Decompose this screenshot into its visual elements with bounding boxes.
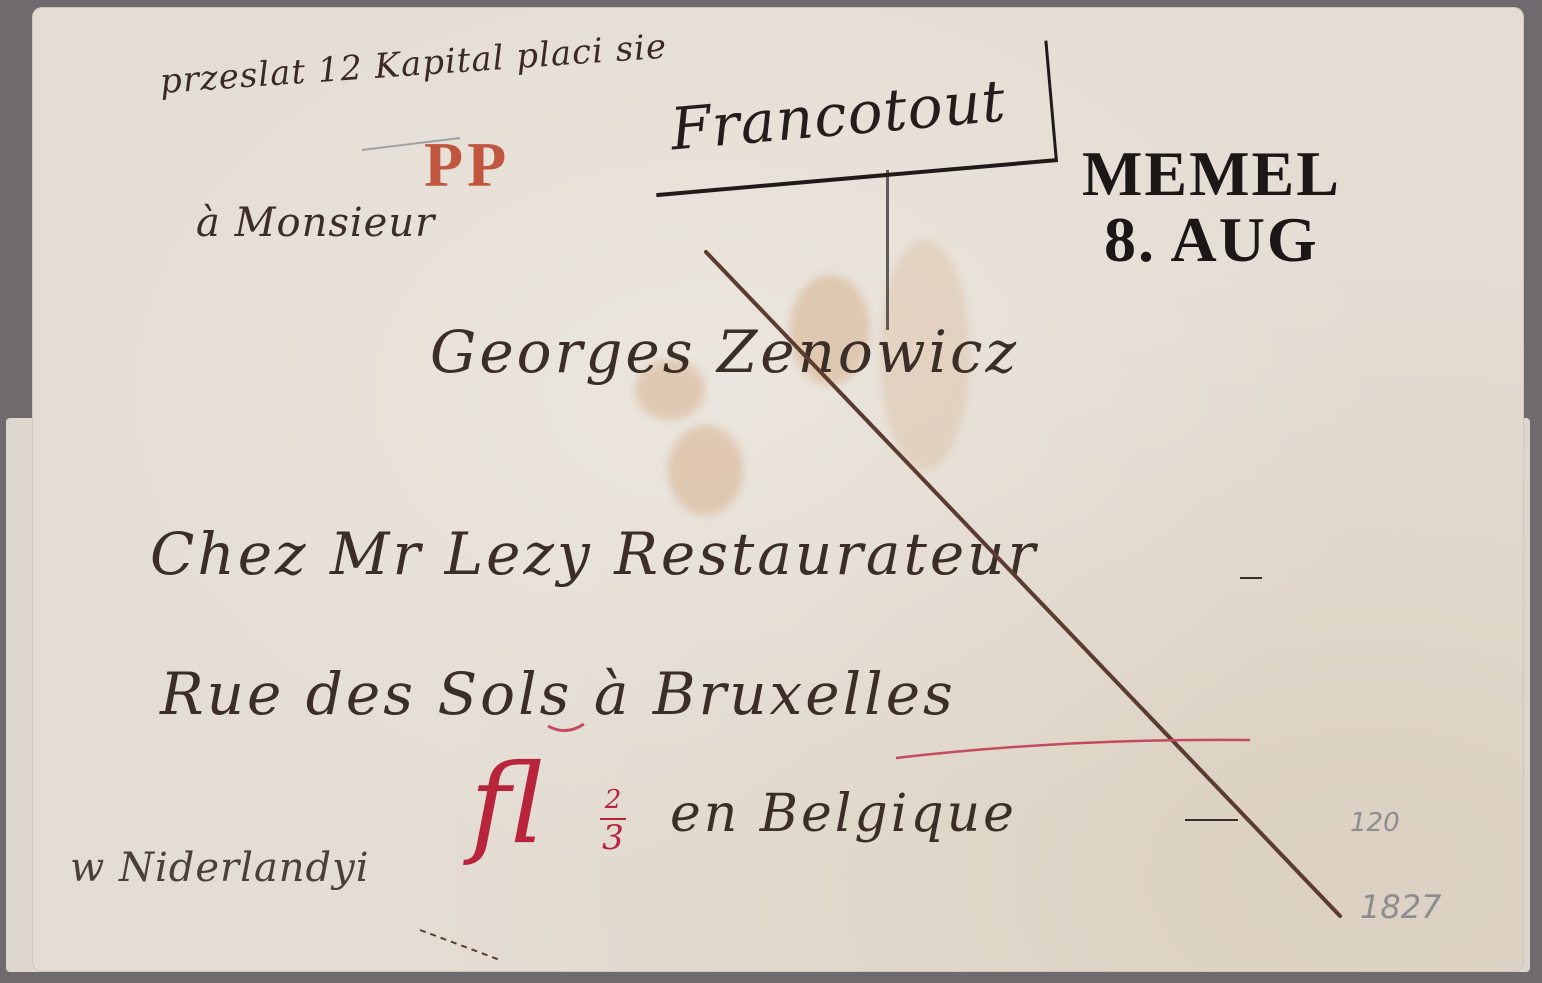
- red-underline: [896, 740, 1250, 758]
- ink-strokes: [0, 0, 1542, 983]
- pencil-stroke: [362, 138, 460, 150]
- red-tick: [548, 724, 584, 731]
- faint-stroke: [420, 930, 500, 960]
- cross-out-stroke: [706, 252, 1340, 916]
